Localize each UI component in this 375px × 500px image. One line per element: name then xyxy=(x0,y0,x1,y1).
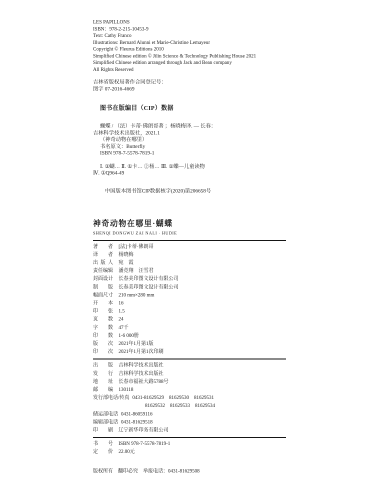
page-content: LES PAPILLONS ISBN：978-2-215-10453-9 Tex… xyxy=(0,0,286,474)
detail-label: 地址 xyxy=(93,378,113,386)
cip-original-title: 书名原文：Butterfly xyxy=(93,143,286,150)
detail-label: 出版人 xyxy=(93,259,113,267)
detail-value: 1.5 xyxy=(119,308,287,316)
detail-label: 出版 xyxy=(93,362,113,370)
cip-desc-line: 蝴蝶 / （法）卡蒂·佛朗哥著 ；杨晓梅译. — 长春： xyxy=(93,123,286,130)
details-table: 著者[法]卡蒂·佛朗哥 译者杨晓梅 出版人宛 霞 责任编辑潘竞翔 汪雪君 封面设… xyxy=(93,243,286,356)
book-title: 神奇动物在哪里·蝴蝶 xyxy=(93,217,286,228)
detail-label: 印次 xyxy=(93,348,113,356)
detail-value: 长春美印图文设计有限公司 xyxy=(119,283,287,291)
original-isbn: ISBN：978-2-215-10453-9 xyxy=(93,26,286,33)
phone-numbers-line1: 0431-81629529 81629530 81629531 xyxy=(132,394,286,402)
detail-label: 字数 xyxy=(93,324,113,332)
detail-row: 幅面尺寸210 mm×280 mm xyxy=(93,291,286,299)
detail-label: 制版 xyxy=(93,283,113,291)
detail-label: 开本 xyxy=(93,299,113,307)
pricing-table: 书号ISBN 978-7-5578-7819-1 定价22.00元 xyxy=(93,440,286,456)
detail-value: [法]卡蒂·佛朗哥 xyxy=(119,243,287,251)
detail-row: 印次2021年1月第1次印刷 xyxy=(93,348,286,356)
detail-value: 潘竞翔 汪雪君 xyxy=(119,267,287,275)
rights-reserved-line: All Rights Reserved xyxy=(93,66,286,73)
detail-label: 责任编辑 xyxy=(93,267,113,275)
phone-fax-continuation: 81629532 81629533 81629534 xyxy=(93,402,286,410)
detail-label: 封面设计 xyxy=(93,275,113,283)
cip-classification: Ⅰ. ①蝴… Ⅱ. ①卡… ②杨… Ⅲ. ①蝶—儿童读物 Ⅳ. ①Q964-49 xyxy=(93,163,286,177)
detail-row: 开本16 xyxy=(93,299,286,307)
detail-label: 邮编 xyxy=(93,386,113,394)
detail-row: 印张1.5 xyxy=(93,308,286,316)
detail-value: 22.00元 xyxy=(119,448,287,456)
arrangement-line: Simplified Chinese edition arranged thro… xyxy=(93,60,286,67)
phone-fax-row: 发行部电话/传真0431-81629529 81629530 81629531 xyxy=(93,394,286,402)
detail-label: 印数 xyxy=(93,332,113,340)
detail-value: 1-6 000册 xyxy=(119,332,287,340)
detail-value: 24 xyxy=(119,316,287,324)
cip-record-number: 中国版本图书馆CIP数据核字(2020)第206658号 xyxy=(93,187,286,195)
detail-label: 页数 xyxy=(93,316,113,324)
detail-value: 吉林科学技术出版社 xyxy=(119,362,287,370)
detail-label: 发行部电话/传真 xyxy=(93,394,129,402)
detail-label: 储运部电话 xyxy=(93,410,118,418)
address-row: 地址长春市福祉大路5788号 xyxy=(93,378,286,386)
foreign-copyright-block: LES PAPILLONS ISBN：978-2-215-10453-9 Tex… xyxy=(93,19,286,73)
registration-title: 吉林省版权局著作合同登记号： xyxy=(93,79,286,86)
publisher-row: 出版吉林科学技术出版社 xyxy=(93,362,286,370)
detail-label: 幅面尺寸 xyxy=(93,291,113,299)
detail-value: 宛 霞 xyxy=(119,259,287,267)
detail-label: 书号 xyxy=(93,440,113,448)
detail-row: 页数24 xyxy=(93,316,286,324)
detail-label: 版次 xyxy=(93,340,113,348)
detail-row: 译者杨晓梅 xyxy=(93,251,286,259)
detail-row: 印数1-6 000册 xyxy=(93,332,286,340)
postcode-row: 邮编130118 xyxy=(93,386,286,394)
detail-value: 0431-81629518 xyxy=(121,418,286,426)
divider xyxy=(93,359,286,360)
storage-phone-row: 储运部电话0431-86059116 xyxy=(93,410,286,418)
detail-row: 版次2021年1月第1版 xyxy=(93,340,286,348)
registration-number: 图字 07-2016-4669 xyxy=(93,86,286,93)
detail-value: ISBN 978-7-5578-7819-1 xyxy=(119,440,287,448)
detail-value: 16 xyxy=(119,299,287,307)
cip-class-line: Ⅳ. ①Q964-49 xyxy=(93,170,286,177)
detail-label: 印张 xyxy=(93,308,113,316)
text-credit: Text: Cathy Franco xyxy=(93,33,286,40)
detail-value: 长春市福祉大路5788号 xyxy=(119,378,287,386)
phone-numbers-line2: 81629532 81629533 81629534 xyxy=(145,402,215,410)
detail-row: 封面设计长春美印图文设计有限公司 xyxy=(93,275,286,283)
cip-header: 图书在版编目（CIP）数据 xyxy=(93,104,286,113)
publishing-table: 出版吉林科学技术出版社 发行吉林科学技术出版社 地址长春市福祉大路5788号 邮… xyxy=(93,362,286,435)
copyright-notice: 版权所有 翻印必究 举报电话：0431-81629508 xyxy=(93,466,286,474)
detail-label: 定价 xyxy=(93,448,113,456)
detail-label: 编辑部电话 xyxy=(93,418,118,426)
detail-label: 发行 xyxy=(93,370,113,378)
detail-label: 印刷 xyxy=(93,426,113,434)
detail-value: 长春美印图文设计有限公司 xyxy=(119,275,287,283)
detail-value: 47千 xyxy=(119,324,287,332)
detail-value: 2021年1月第1版 xyxy=(119,340,287,348)
illustrations-credit: Illustrations: Bernard Alunni et Marie-C… xyxy=(93,39,286,46)
registration-block: 吉林省版权局著作合同登记号： 图字 07-2016-4669 xyxy=(93,79,286,93)
cip-description: 蝴蝶 / （法）卡蒂·佛朗哥著 ；杨晓梅译. — 长春： 吉林科学技术出版社，2… xyxy=(93,123,286,157)
chinese-edition-line: Simplified Chinese edition © Jilin Scien… xyxy=(93,53,286,60)
detail-value: 吉林科学技术出版社 xyxy=(119,370,287,378)
detail-value: 0431-86059116 xyxy=(121,410,286,418)
printer-row: 印刷辽宁新华印务有限公司 xyxy=(93,426,286,434)
copyright-page: LES PAPILLONS ISBN：978-2-215-10453-9 Tex… xyxy=(0,0,375,500)
divider xyxy=(93,437,286,438)
detail-value: 130118 xyxy=(119,386,287,394)
book-title-pinyin: SHENQI DONGWU ZAI NALI · HUDIE xyxy=(93,230,286,235)
copyright-line: Copyright © Fleurus Editions 2010 xyxy=(93,46,286,53)
detail-label: 译者 xyxy=(93,251,113,259)
detail-row: 责任编辑潘竞翔 汪雪君 xyxy=(93,267,286,275)
series-title-french: LES PAPILLONS xyxy=(93,19,286,26)
detail-row: 出版人宛 霞 xyxy=(93,259,286,267)
cip-isbn: ISBN 978-7-5578-7819-1 xyxy=(93,150,286,157)
detail-value: 辽宁新华印务有限公司 xyxy=(119,426,287,434)
divider xyxy=(93,240,286,241)
detail-row: 字数47千 xyxy=(93,324,286,332)
cip-desc-line: 吉林科学技术出版社，2021.1 xyxy=(93,130,286,137)
detail-value: 210 mm×280 mm xyxy=(119,291,287,299)
distributor-row: 发行吉林科学技术出版社 xyxy=(93,370,286,378)
cip-class-line: Ⅰ. ①蝴… Ⅱ. ①卡… ②杨… Ⅲ. ①蝶—儿童读物 xyxy=(93,163,286,170)
detail-row: 制版长春美印图文设计有限公司 xyxy=(93,283,286,291)
detail-value: 2021年1月第1次印刷 xyxy=(119,348,287,356)
cip-series-name: （神奇动物在哪里） xyxy=(93,137,286,144)
detail-value: 杨晓梅 xyxy=(119,251,287,259)
detail-row: 著者[法]卡蒂·佛朗哥 xyxy=(93,243,286,251)
editorial-phone-row: 编辑部电话0431-81629518 xyxy=(93,418,286,426)
detail-label: 著者 xyxy=(93,243,113,251)
price-row: 定价22.00元 xyxy=(93,448,286,456)
book-number-row: 书号ISBN 978-7-5578-7819-1 xyxy=(93,440,286,448)
